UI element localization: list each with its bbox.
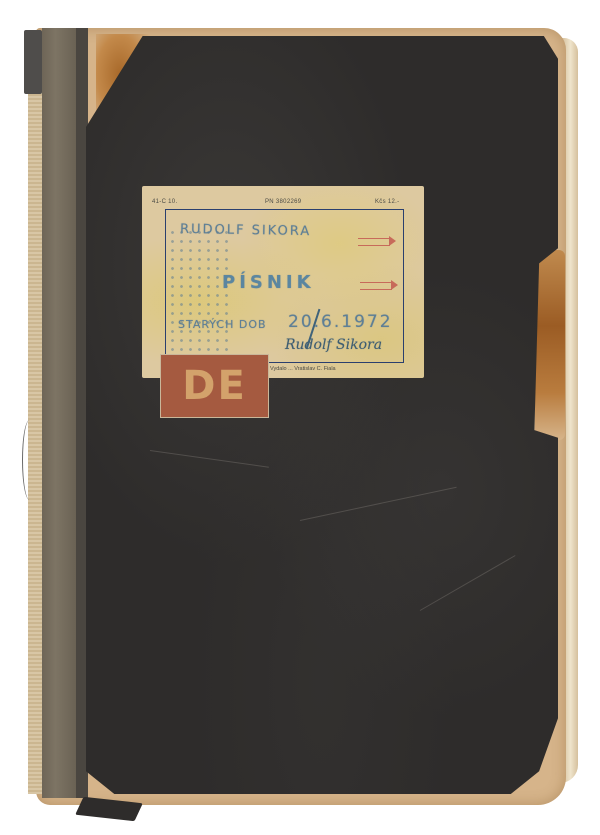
owner-name: RUDOLF SIKORA — [180, 222, 311, 239]
black-cloth-cover — [86, 36, 558, 794]
arrow-icon — [360, 282, 392, 290]
arrow-icon — [358, 238, 390, 246]
notebook-photo: 41-C 10. PN 3802269 Kčs 12.- RUDOLF SIKO… — [0, 0, 600, 835]
label-footer: Vydalo ... Vratislav C. Fiala — [270, 366, 336, 372]
star-doodles — [168, 228, 228, 358]
sticker-text: DE — [182, 363, 247, 409]
date: 20.6.1972 — [288, 312, 393, 332]
spine-cloth — [42, 28, 76, 798]
label-code-left: 41-C 10. — [152, 199, 177, 205]
title-subtext: STARÝCH DOB — [178, 318, 267, 331]
loose-thread — [22, 420, 37, 500]
de-sticker: DE — [160, 354, 269, 418]
board-stain — [535, 250, 565, 440]
notebook-title: PÍSNIK — [222, 272, 315, 293]
label-price: Kčs 12.- — [375, 199, 399, 205]
spine-top-tab — [24, 30, 42, 94]
label-code-center: PN 3802269 — [265, 199, 301, 205]
signature: Rudolf Sikora — [285, 337, 382, 353]
